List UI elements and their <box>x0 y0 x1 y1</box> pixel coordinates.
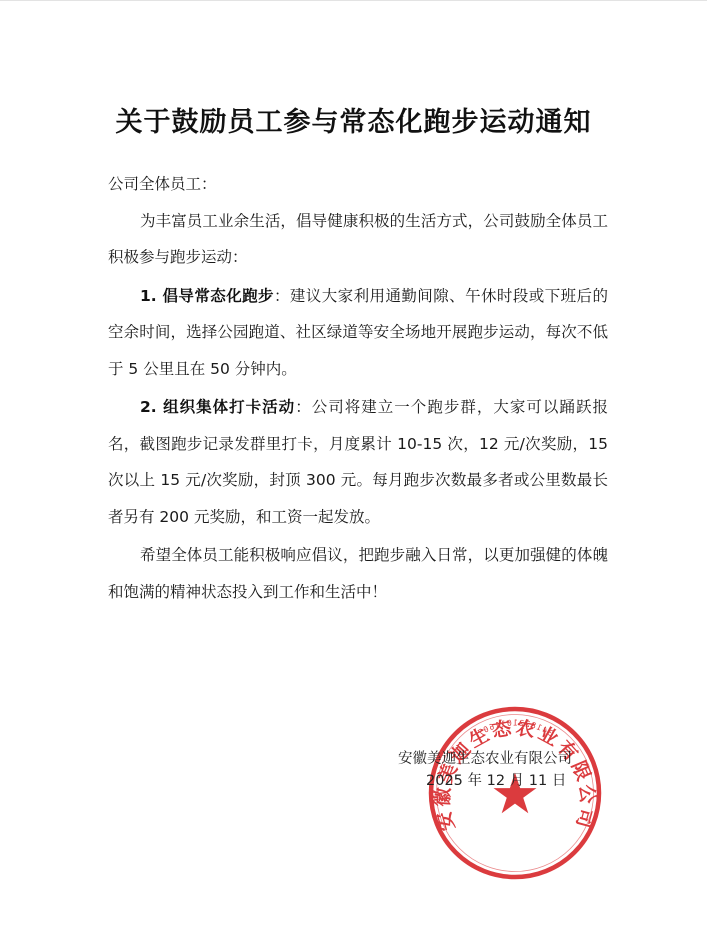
signature-company: 安徽美迦生态农业有限公司 <box>398 748 598 770</box>
item-1-separator: ： <box>274 287 290 305</box>
intro-paragraph: 为丰富员工业余生活，倡导健康积极的生活方式，公司鼓励全体员工积极参与跑步运动： <box>108 203 608 276</box>
company-seal-stamp: 安徽美迦生态农业有限公司 3418221011607 ★ <box>427 705 603 881</box>
document-body: 公司全体员工： 为丰富员工业余生活，倡导健康积极的生活方式，公司鼓励全体员工积极… <box>108 166 608 610</box>
item-2-paragraph: 2. 组织集体打卡活动：公司将建立一个跑步群，大家可以踊跃报名，截图跑步记录发群… <box>108 389 608 535</box>
document-title: 关于鼓励员工参与常态化跑步运动通知 <box>0 103 707 143</box>
item-2-separator: ： <box>295 398 312 416</box>
closing-paragraph: 希望全体员工能积极响应倡议，把跑步融入日常，以更加强健的体魄和饱满的精神状态投入… <box>108 537 608 610</box>
item-1-heading: 1. 倡导常态化跑步 <box>140 287 274 305</box>
item-2-body: 公司将建立一个跑步群，大家可以踊跃报名，截图跑步记录发群里打卡，月度累计 10-… <box>108 398 608 526</box>
signature-block: 安徽美迦生态农业有限公司 2025 年 12 月 11 日 <box>398 748 598 792</box>
item-1-paragraph: 1. 倡导常态化跑步：建议大家利用通勤间隙、午休时段或下班后的空余时间，选择公园… <box>108 278 608 388</box>
salutation: 公司全体员工： <box>108 166 608 203</box>
page-top-border <box>0 0 707 1</box>
item-2-heading: 2. 组织集体打卡活动 <box>140 398 295 416</box>
signature-date: 2025 年 12 月 11 日 <box>398 770 598 792</box>
